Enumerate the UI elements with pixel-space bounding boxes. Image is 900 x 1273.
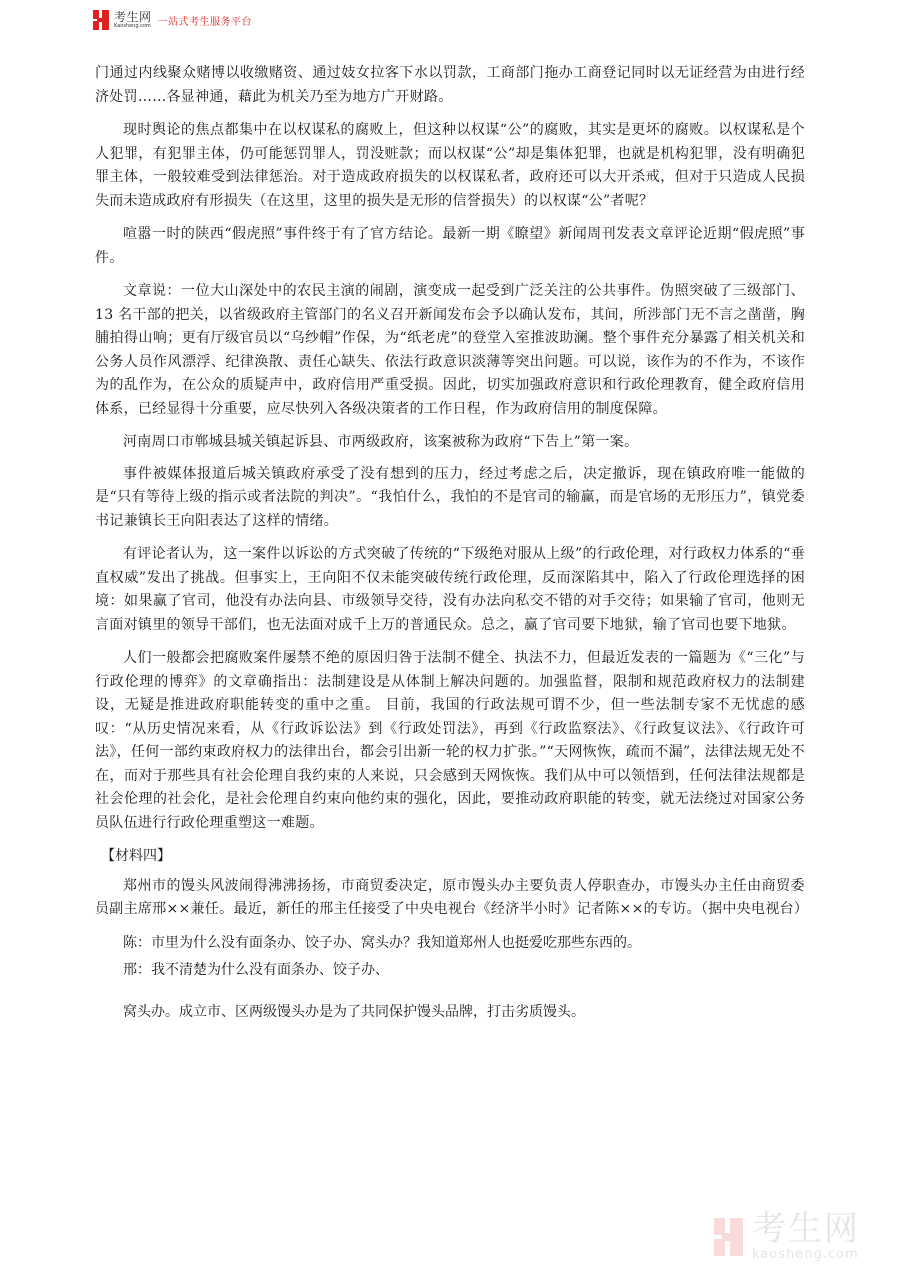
- logo-en: Kaosheng.com: [114, 24, 152, 29]
- paragraph: 有评论者认为，这一案件以诉讼的方式突破了传统的“下级绝对服从上级”的行政伦理，对…: [95, 543, 805, 637]
- dialog-line: 窝头办。成立市、区两级馒头办是为了共同保护馒头品牌，打击劣质馒头。: [95, 1001, 805, 1025]
- site-header: 考生网 Kaosheng.com 一站式考生服务平台: [93, 7, 252, 33]
- logo-cn: 考生网: [114, 11, 152, 23]
- watermark: 考生网 kaosheng.com: [714, 1212, 860, 1261]
- paragraph: 门通过内线聚众赌博以收缴赌资、通过妓女拉客下水以罚款，工商部门拖办工商登记同时以…: [95, 62, 805, 109]
- paragraph: 现时舆论的焦点都集中在以权谋私的腐败上，但这种以权谋“公”的腐败，其实是更坏的腐…: [95, 119, 805, 213]
- material-intro: 郑州市的馒头风波闹得沸沸扬扬，市商贸委决定，原市馒头办主要负责人停职查办，市馒头…: [95, 875, 805, 922]
- paragraph: 喧嚣一时的陕西“假虎照”事件终于有了官方结论。最新一期《瞭望》新闻周刊发表文章评…: [95, 223, 805, 270]
- logo-text: 考生网 Kaosheng.com: [114, 11, 152, 29]
- watermark-logo-icon: [714, 1218, 744, 1256]
- section-label: 【材料四】: [95, 845, 805, 869]
- dialog-line: 邢：我不清楚为什么没有面条办、饺子办、: [95, 959, 805, 983]
- watermark-en: kaosheng.com: [752, 1248, 860, 1261]
- dialog-line: 陈：市里为什么没有面条办、饺子办、窝头办？我知道郑州人也挺爱吃那些东西的。: [95, 932, 805, 956]
- paragraph: 事件被媒体报道后城关镇政府承受了没有想到的压力，经过考虑之后，决定撤诉，现在镇政…: [95, 463, 805, 534]
- slogan: 一站式考生服务平台: [158, 13, 253, 28]
- paragraph: 文章说：一位大山深处中的农民主演的闹剧，演变成一起受到广泛关注的公共事件。伪照突…: [95, 280, 805, 421]
- paragraph: 河南周口市郸城县城关镇起诉县、市两级政府，该案被称为政府“下告上”第一案。: [95, 431, 805, 455]
- watermark-cn: 考生网: [752, 1212, 860, 1246]
- paragraph: 人们一般都会把腐败案件屡禁不绝的原因归咎于法制不健全、执法不力，但最近发表的一篇…: [95, 647, 805, 835]
- kaosheng-logo-icon: [93, 10, 111, 30]
- document-body: 门通过内线聚众赌博以收缴赌资、通过妓女拉客下水以罚款，工商部门拖办工商登记同时以…: [95, 62, 805, 1028]
